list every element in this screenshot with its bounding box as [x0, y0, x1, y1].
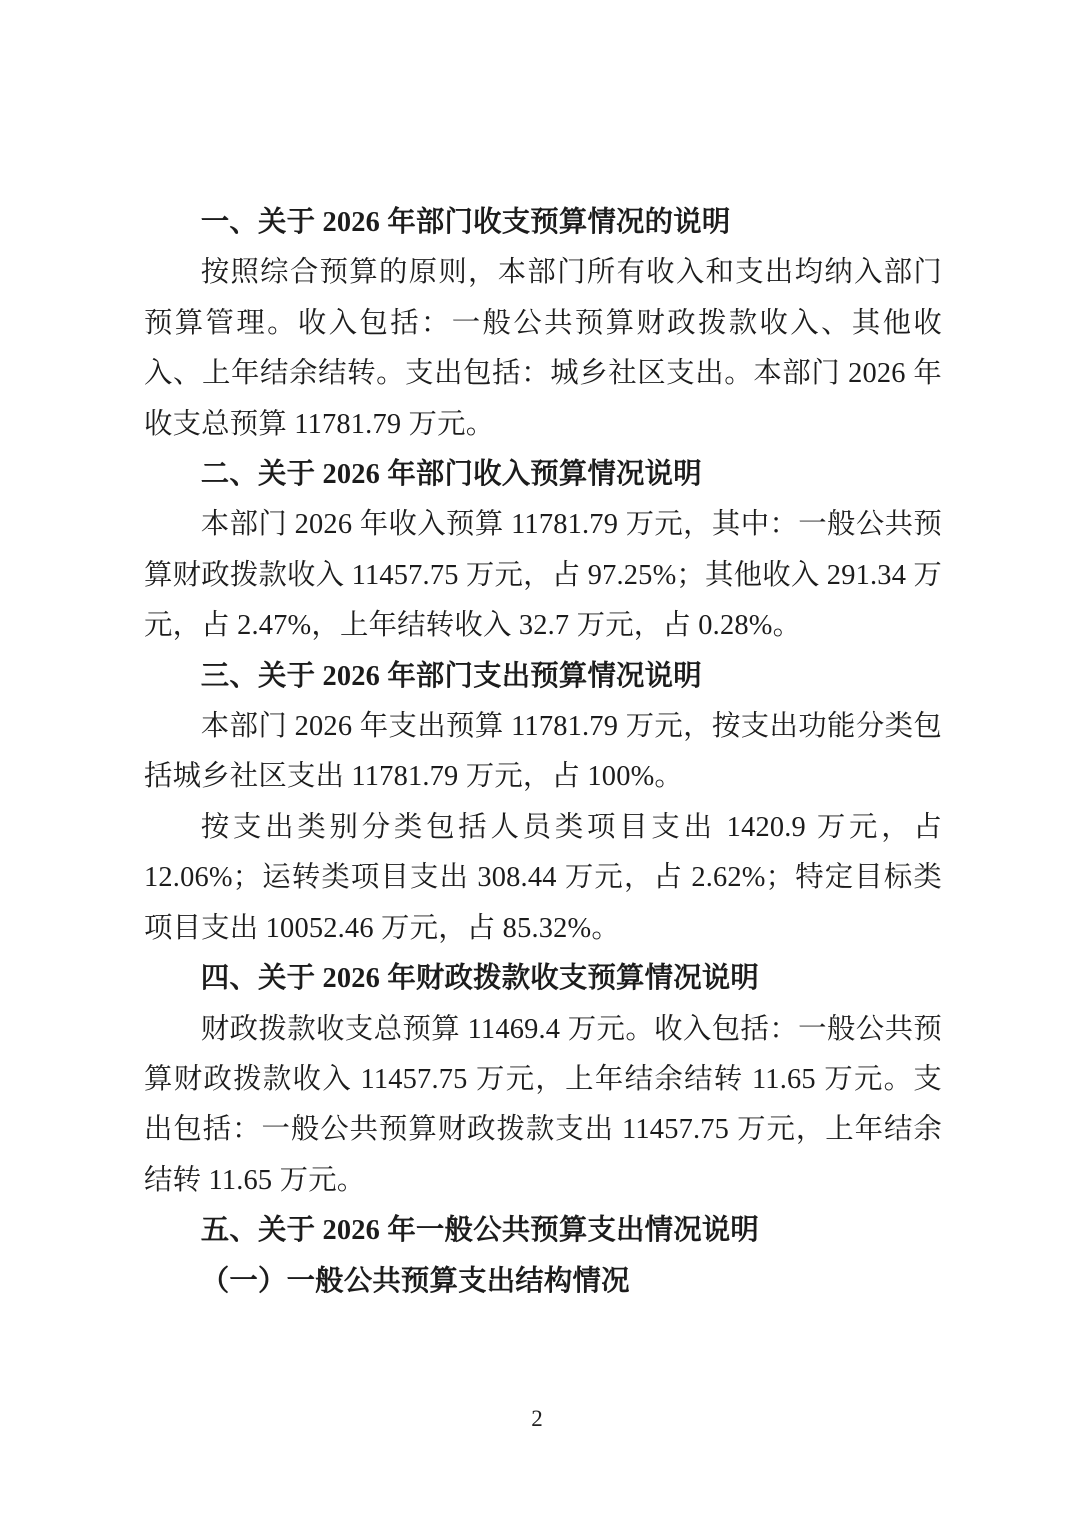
document-body: 一、关于 2026 年部门收支预算情况的说明 按照综合预算的原则，本部门所有收入…: [144, 198, 942, 1307]
section-1-heading: 一、关于 2026 年部门收支预算情况的说明: [144, 198, 942, 248]
section-3-paragraph-2: 按支出类别分类包括人员类项目支出 1420.9 万元，占 12.06%；运转类项…: [144, 803, 942, 954]
section-2-paragraph: 本部门 2026 年收入预算 11781.79 万元，其中：一般公共预算财政拨款…: [144, 500, 942, 651]
section-2-heading: 二、关于 2026 年部门收入预算情况说明: [144, 450, 942, 500]
section-4-paragraph: 财政拨款收支总预算 11469.4 万元。收入包括：一般公共预算财政拨款收入 1…: [144, 1005, 942, 1207]
section-1-paragraph: 按照综合预算的原则，本部门所有收入和支出均纳入部门预算管理。收入包括：一般公共预…: [144, 248, 942, 450]
section-4-heading: 四、关于 2026 年财政拨款收支预算情况说明: [144, 954, 942, 1004]
page-number: 2: [0, 1404, 1074, 1434]
section-3-paragraph-1: 本部门 2026 年支出预算 11781.79 万元，按支出功能分类包括城乡社区…: [144, 702, 942, 803]
document-page: 一、关于 2026 年部门收支预算情况的说明 按照综合预算的原则，本部门所有收入…: [0, 0, 1074, 1520]
section-5-subheading-1: （一）一般公共预算支出结构情况: [144, 1257, 942, 1307]
section-5-heading: 五、关于 2026 年一般公共预算支出情况说明: [144, 1206, 942, 1256]
section-3-heading: 三、关于 2026 年部门支出预算情况说明: [144, 652, 942, 702]
